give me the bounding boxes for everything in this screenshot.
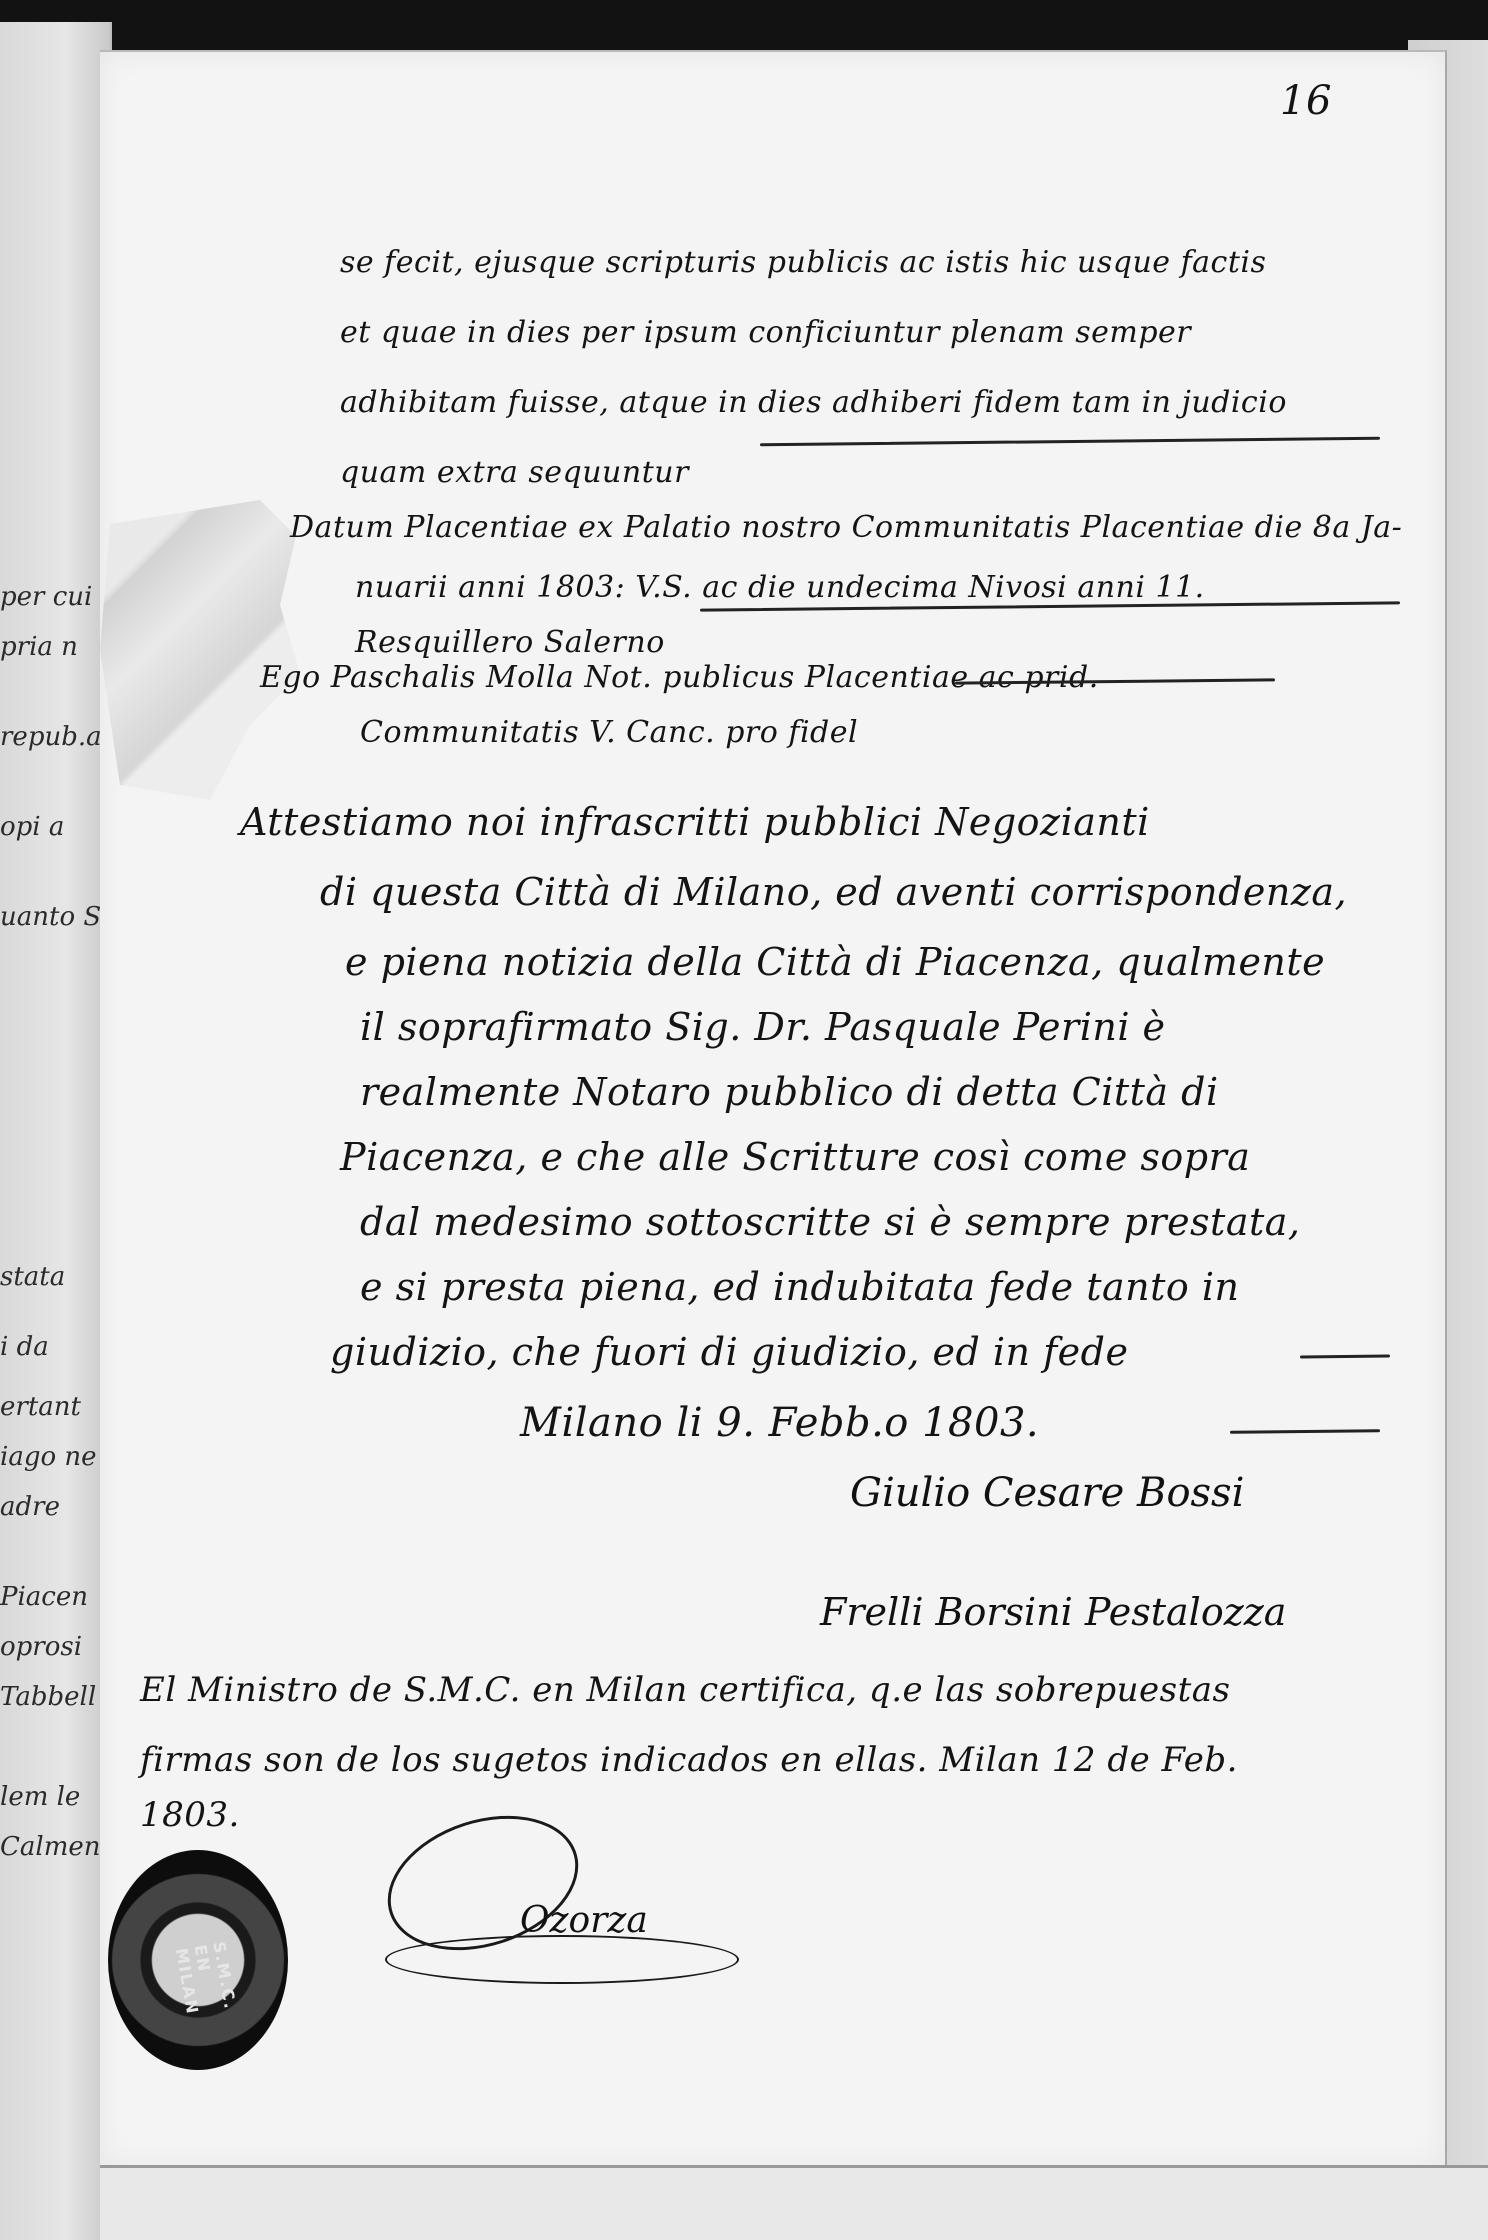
left-page-fragment: Piacen — [0, 1582, 108, 1612]
latin-line: Datum Placentiae ex Palatio nostro Commu… — [290, 510, 1370, 545]
attestation-line: e piena notizia della Città di Piacenza,… — [345, 940, 1325, 984]
attestation-line: Attestiamo noi infrascritti pubblici Neg… — [240, 800, 1150, 844]
left-page-fragment: i da — [0, 1332, 108, 1362]
ink-stamp-seal: S.M.C. EN MILAN — [108, 1850, 288, 2070]
latin-line: nuarii anni 1803: V.S. ac die undecima N… — [355, 570, 1435, 605]
left-page-fragment: Calmen — [0, 1832, 108, 1862]
left-page-fragment: lem le — [0, 1782, 108, 1812]
latin-line: adhibitam fuisse, atque in dies adhiberi… — [340, 385, 1420, 420]
attestation-line: dal medesimo sottoscritte si è sempre pr… — [360, 1200, 1301, 1244]
left-facing-page: per cui pria n repub.a Fr opi a uanto So… — [0, 22, 112, 2240]
dateline: Milano li 9. Febb.o 1803. — [520, 1400, 1039, 1446]
certification-line: El Ministro de S.M.C. en Milan certifica… — [140, 1670, 1231, 1710]
left-page-fragment: adre — [0, 1492, 108, 1522]
left-page-fragment: opi a — [0, 812, 108, 842]
folio-number: 16 — [1280, 78, 1332, 124]
left-page-fragment: ertant — [0, 1392, 108, 1422]
page-bottom-edge — [100, 2165, 1488, 2240]
left-page-fragment: uanto Sopra — [0, 902, 108, 932]
attestation-line: realmente Notaro pubblico di detta Città… — [360, 1070, 1219, 1114]
dark-background-band — [0, 0, 1488, 55]
attestation-line: il soprafirmato Sig. Dr. Pasquale Perini… — [360, 1005, 1166, 1049]
attestation-line: Piacenza, e che alle Scritture così come… — [340, 1135, 1250, 1179]
latin-line: Resquillero Salerno — [355, 625, 655, 660]
left-page-fragment: repub.a Fr — [0, 722, 108, 752]
latin-line: Communitatis V. Canc. pro fidel — [360, 715, 920, 750]
left-page-fragment: per cui — [0, 582, 108, 612]
left-page-fragment: pria n — [0, 632, 108, 662]
certification-line: firmas son de los sugetos indicados en e… — [140, 1740, 1238, 1780]
attestation-line: e si presta piena, ed indubitata fede ta… — [360, 1265, 1239, 1309]
left-page-fragment: Tabbell — [0, 1682, 108, 1712]
signature-borsini-pestalozza: Frelli Borsini Pestalozza — [820, 1590, 1286, 1634]
scanned-document: per cui pria n repub.a Fr opi a uanto So… — [0, 0, 1488, 2240]
attestation-line: giudizio, che fuori di giudizio, ed in f… — [330, 1330, 1128, 1374]
left-page-fragment: iago ne — [0, 1442, 108, 1472]
attestation-line: di questa Città di Milano, ed aventi cor… — [320, 870, 1347, 914]
seal-inscription: S.M.C. EN MILAN — [172, 1940, 240, 2018]
signature-ozorza: Ozorza — [520, 1900, 648, 1941]
latin-line: et quae in dies per ipsum conficiuntur p… — [340, 315, 1420, 350]
signature-bossi: Giulio Cesare Bossi — [850, 1470, 1244, 1516]
latin-line: quam extra sequuntur — [340, 455, 740, 490]
left-page-fragment: stata — [0, 1262, 108, 1292]
latin-line: Ego Paschalis Molla Not. publicus Placen… — [260, 660, 1340, 695]
latin-line: se fecit, ejusque scripturis publicis ac… — [340, 245, 1420, 280]
signature-underline-flourish — [385, 1935, 739, 1984]
left-page-fragment: oprosi — [0, 1632, 108, 1662]
certification-line: 1803. — [140, 1795, 240, 1835]
